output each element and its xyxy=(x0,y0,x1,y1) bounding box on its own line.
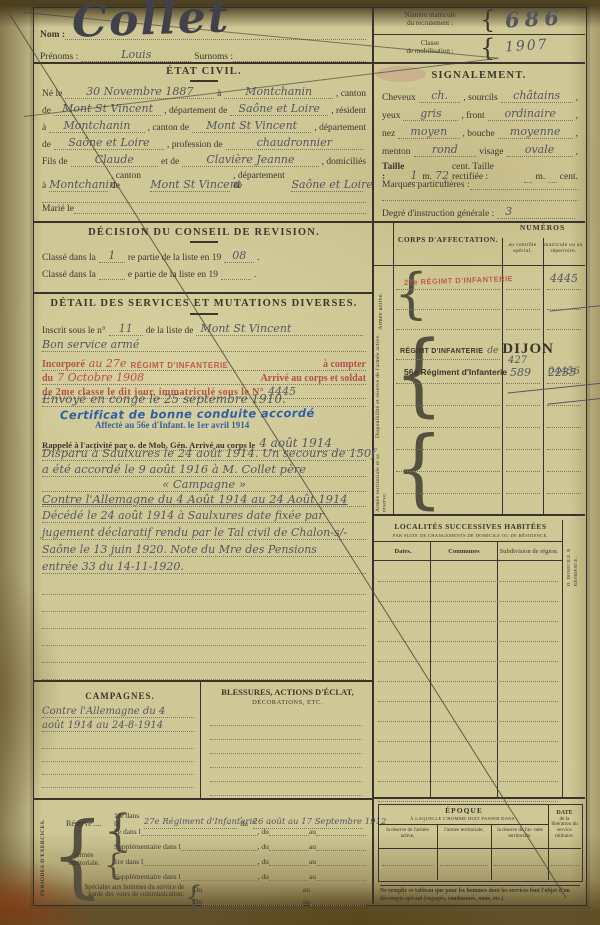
residence-canton[interactable]: Mont St Vincent xyxy=(192,120,311,133)
affecte-56-line: Affecté au 56e d'Infant. le 1er avril 19… xyxy=(95,421,249,431)
etat-civil-line3: àMontchanin , canton deMont St Vincent ,… xyxy=(42,120,366,133)
corps-row3-stamp: 56e Régiment d'Infanterie xyxy=(404,368,507,377)
blessures-empty-lines xyxy=(210,712,362,796)
services-empty-lines xyxy=(42,578,366,680)
localites-side-label: D. DOMICILE. R. RÉSIDENCE. xyxy=(566,526,580,586)
etat-civil-line5: Fils deClaude et deClavière Jeanne , dom… xyxy=(42,154,366,167)
corps-row2-ctrl: 427 xyxy=(508,355,600,366)
residence-place[interactable]: Montchanin xyxy=(49,120,144,133)
campagne-entry2: août 1914 au 24-8-1914 xyxy=(42,720,194,732)
degre-row: Degré d'instruction générale : 3 xyxy=(382,206,578,219)
grp-armee-active-label: Armée active. xyxy=(378,268,384,330)
birth-departement[interactable]: Saône et Loire xyxy=(230,103,328,116)
localites-col-subdivision: Subdivision de région. xyxy=(498,548,560,555)
liste-numero[interactable]: 11 xyxy=(109,323,143,336)
localites-empty-rows xyxy=(378,562,558,802)
campagnes-divider xyxy=(200,680,201,798)
campagne-entry1: Contre l'Allemagne du 4 xyxy=(42,706,194,718)
services-bottom xyxy=(33,680,372,682)
prenoms-label: Prénoms : xyxy=(40,52,78,62)
decision-partie-value[interactable]: 1 xyxy=(99,250,125,263)
services-line10: Disparu à Saulxures le 24 août 1914. Un … xyxy=(42,446,366,461)
epoque-col2: l'armée territoriale, xyxy=(438,828,490,834)
decision-line2: Classé dans la e partie de la liste en 1… xyxy=(42,270,342,280)
services-line2: Bon service armé xyxy=(42,338,366,352)
localites-col-dates: Dates. xyxy=(376,548,430,555)
epoque-col3: la réserve de l'ar- mée territoriale. xyxy=(493,828,547,839)
services-line12: « Campagne » xyxy=(42,477,366,492)
periode-line2: 2e dans l , du au xyxy=(114,828,366,836)
etat-civil-bottom xyxy=(33,221,372,223)
nez-value[interactable]: moyen xyxy=(398,126,459,139)
yeux-value[interactable]: gris xyxy=(403,108,458,121)
menton-value[interactable]: rond xyxy=(414,144,477,157)
decision-title: DÉCISION DU CONSEIL DE REVISION. xyxy=(36,227,372,238)
numero-matricule-value[interactable]: 686 xyxy=(504,4,564,32)
decision-annee-value[interactable]: 08 xyxy=(224,250,254,263)
front-value[interactable]: ordinaire xyxy=(488,108,573,121)
periode-line7: Du au xyxy=(193,898,366,906)
nez-row: nezmoyen , bouchemoyenne , xyxy=(382,126,578,139)
campagnes-bottom xyxy=(33,798,372,800)
decision-rule xyxy=(190,241,218,243)
grp-dispo-label: Disponibilité et réserve de l'armée acti… xyxy=(375,332,382,438)
dijon-stamp-part1: RÉGIMT D'INFANTERIE xyxy=(400,348,483,356)
matricule-col-header: matricule ou au répertoire. xyxy=(544,242,583,254)
decision-partie-field2[interactable] xyxy=(99,279,125,280)
numeros-header: NUMÉROS xyxy=(502,224,583,232)
top-band-divider-left xyxy=(33,62,372,64)
periode1-corps[interactable]: 27e Régiment d'Infanterie xyxy=(144,818,238,828)
services-line15: jugement déclaratif rendu par le Tal civ… xyxy=(42,526,366,540)
blessures-subtitle: DÉCORATIONS, ETC. xyxy=(210,699,365,706)
corps-row3-matricule: 2235 xyxy=(548,366,576,379)
periode1-dates[interactable]: 26 août au 17 Septembre 1912 xyxy=(253,818,363,828)
periode-line5: Supplémentaire dans l , du au xyxy=(114,873,366,881)
localites-col-communes: Communes xyxy=(432,548,496,555)
sourcils-value[interactable]: châtains xyxy=(501,90,573,103)
etat-civil-rule xyxy=(190,80,218,82)
birth-place[interactable]: Montchanin xyxy=(224,86,333,99)
decision-line1: Classé dans la 1 re partie de la liste e… xyxy=(42,250,342,263)
military-record-page: { "colors": {"stamp_red": "#c05a50", "st… xyxy=(0,0,600,925)
localites-title: LOCALITÉS SUCCESSIVES HABITÉES xyxy=(378,523,563,531)
blessures-title: BLESSURES, ACTIONS D'ÉCLAT, xyxy=(210,688,365,697)
corps-bottom xyxy=(372,514,585,516)
periode-line3: Supplémentaire dans l , du au xyxy=(114,843,366,851)
mother-name[interactable]: Clavière Jeanne xyxy=(182,154,318,167)
epoque-subtitle: À LAQUELLE L'HOMME DOIT PASSER DANS : xyxy=(380,816,548,821)
corps-title: CORPS D'AFFECTATION. xyxy=(394,236,502,244)
services-line17: entrée 33 du 14-11-1920. xyxy=(42,560,366,574)
marie-field[interactable] xyxy=(74,211,366,214)
yeux-row: yeuxgris , frontordinaire , xyxy=(382,108,578,121)
services-title: DÉTAIL DES SERVICES ET MUTATIONS DIVERSE… xyxy=(36,298,372,309)
epoque-title: ÉPOQUE xyxy=(380,807,548,815)
periodes-side-label: PÉRIODES D'EXERCICES. xyxy=(40,812,46,896)
decision-annee-field2[interactable] xyxy=(221,279,251,280)
periode-line6: Du au xyxy=(193,886,366,894)
prenoms-value[interactable]: Louis xyxy=(81,48,191,62)
services-line14: Décédé le 24 août 1914 à Saulxures date … xyxy=(42,509,366,523)
marie-row: Marié le xyxy=(42,204,366,214)
services-line16: Saône le 13 juin 1920. Note du Mre des P… xyxy=(42,543,366,557)
services-line11: a été accordé le 9 août 1916 à M. Collet… xyxy=(42,462,366,477)
surnoms-label: Surnoms : xyxy=(194,52,233,62)
reserve-label: Réserve .... xyxy=(66,820,102,829)
nom-row: Nom : xyxy=(40,30,366,40)
epoque-note: Ne remplir ce tableau que pour les homme… xyxy=(380,885,580,904)
numero-divider xyxy=(372,34,585,35)
numero-matricule-label: Numéro matriculedu recrutement : xyxy=(384,12,476,27)
marques-blank-line xyxy=(382,192,578,201)
controle-col-header: au contrôle spécial. xyxy=(503,242,542,254)
localites-subtitle: PAR SUITE DE CHANGEMENTS DE DOMICILE OU … xyxy=(378,533,563,538)
corps-row1-matricule: 4445 xyxy=(550,272,600,285)
corps-row3-ctrl: 589 xyxy=(510,366,531,379)
visage-value[interactable]: ovale xyxy=(507,144,573,157)
menton-row: mentonrond visageovale , xyxy=(382,144,578,157)
etat-civil-blank-line xyxy=(42,188,366,203)
campagnes-empty-lines xyxy=(42,736,194,788)
bouche-value[interactable]: moyenne xyxy=(498,126,573,139)
marques-row: Marques particulières : xyxy=(382,180,578,190)
grp-territoriale-label: Armée territoriale et sa réserve. xyxy=(375,440,388,512)
etat-civil-title: ÉTAT CIVIL. xyxy=(36,66,372,77)
territoriale-label: Arméeterritoriale. xyxy=(58,852,110,867)
epoque-date-header: DATE de la libération du service militai… xyxy=(549,810,580,839)
father-name[interactable]: Claude xyxy=(71,154,158,167)
cheveux-value[interactable]: ch. xyxy=(419,90,461,103)
epoque-col1: la réserve de l'armée active, xyxy=(380,828,435,839)
nom-label: Nom : xyxy=(40,30,65,40)
liste-lieu[interactable]: Mont St Vincent xyxy=(196,323,363,336)
campagnes-title: CAMPAGNES. xyxy=(60,692,180,702)
numero-brace: { xyxy=(480,6,495,34)
periode-line1: 1re dans le 27e Régiment d'Infanterie , … xyxy=(114,812,366,829)
decision-bottom xyxy=(33,292,372,294)
prenoms-row: Prénoms : Louis Surnoms : xyxy=(40,48,366,62)
services-line6: Envoyé en congé le 25 septembre 1910. xyxy=(42,392,366,407)
birth-date[interactable]: 30 Novembre 1887 xyxy=(65,86,214,99)
degre-value[interactable]: 3 xyxy=(497,206,575,219)
etat-civil-line1: Né le30 Novembre 1887 àMontchanin , cant… xyxy=(42,86,366,99)
top-band-divider-right xyxy=(372,62,585,64)
localites-bottom xyxy=(372,797,585,799)
classe-value[interactable]: 1907 xyxy=(504,36,549,55)
services-rule xyxy=(190,313,218,315)
speciales-label: Spéciales aux hommes du service degarde … xyxy=(56,884,184,899)
etat-civil-line2: deMont St Vincent , département deSaône … xyxy=(42,103,366,116)
cheveux-row: Cheveuxch. , sourcilschâtains , xyxy=(382,90,578,103)
periode-line4: 1re dans l , du au xyxy=(114,858,366,866)
residence-departement[interactable]: Saône et Loire xyxy=(54,137,164,150)
profession[interactable]: chaudronnier xyxy=(226,137,363,150)
marques-field[interactable] xyxy=(470,187,578,190)
